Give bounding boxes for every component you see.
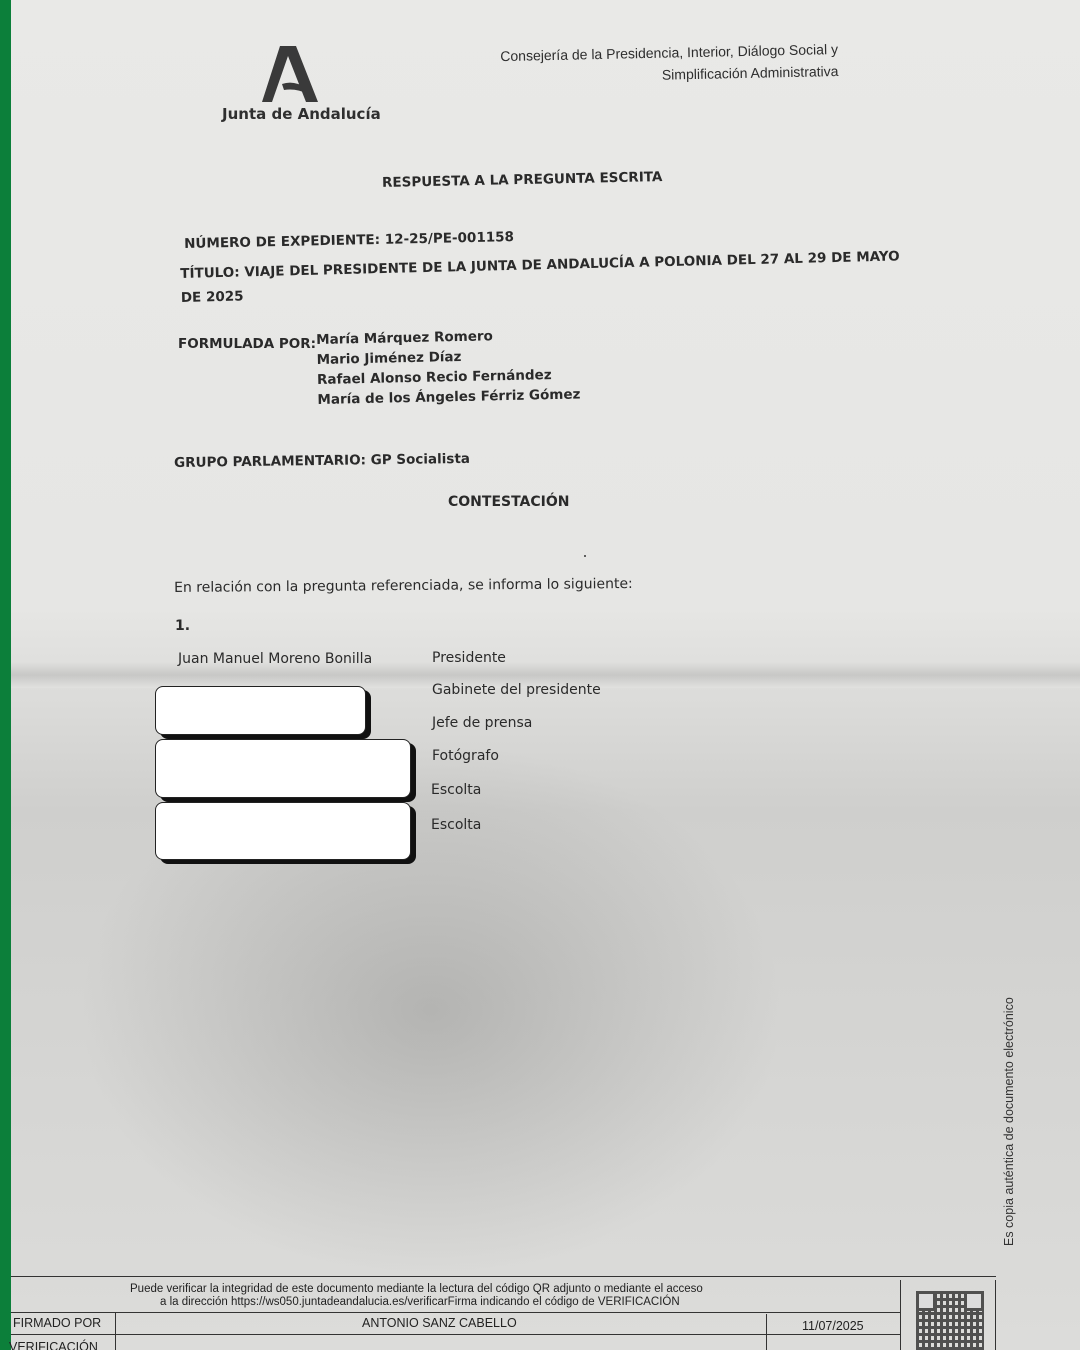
- qr-finder-icon: [916, 1291, 936, 1311]
- firmado-name: ANTONIO SANZ CABELLO: [362, 1316, 517, 1330]
- stray-mark: [584, 555, 586, 557]
- delegate-role: Fotógrafo: [432, 748, 499, 764]
- redaction-box: [155, 802, 411, 860]
- footer-divider: [11, 1312, 901, 1313]
- firmado-date: 11/07/2025: [802, 1319, 864, 1333]
- logo-text: Junta de Andalucía: [222, 105, 381, 123]
- redaction-box: [155, 686, 366, 735]
- item-number: 1.: [175, 618, 190, 634]
- firmado-label: FIRMADO POR: [13, 1316, 101, 1330]
- qr-finder-icon: [964, 1291, 984, 1311]
- delegate-role: Presidente: [432, 650, 506, 666]
- formulada-label: FORMULADA POR:: [178, 336, 316, 352]
- department-name: Consejería de la Presidencia, Interior, …: [500, 38, 839, 89]
- verify-text-line-1: Puede verificar la integridad de este do…: [130, 1283, 703, 1295]
- document-page: [11, 0, 1080, 1350]
- authentic-copy-note: Es copia auténtica de documento electrón…: [1002, 997, 1016, 1246]
- redaction-box: [155, 739, 411, 798]
- delegate-role: Gabinete del presidente: [432, 682, 601, 698]
- delegate-role: Escolta: [431, 782, 481, 798]
- formulada-names: María Márquez Romero Mario Jiménez Díaz …: [316, 324, 581, 409]
- delegate-role: Escolta: [431, 817, 481, 833]
- delegate-name: Juan Manuel Moreno Bonilla: [178, 651, 372, 667]
- verify-text-line-2: a la dirección https://ws050.juntadeanda…: [160, 1296, 680, 1308]
- green-border: [0, 0, 11, 1350]
- junta-andalucia-logo-icon: [258, 44, 324, 104]
- delegate-role: Jefe de prensa: [432, 715, 532, 731]
- footer-divider: [11, 1334, 901, 1335]
- footer-border-top: [11, 1276, 996, 1277]
- qr-code-icon[interactable]: [916, 1291, 984, 1350]
- contestacion-heading: CONTESTACIÓN: [448, 494, 570, 510]
- footer-divider: [766, 1314, 767, 1350]
- footer-divider: [115, 1312, 116, 1350]
- verificacion-label: VERIFICACIÓN: [9, 1340, 98, 1350]
- footer-divider: [995, 1280, 996, 1350]
- footer-divider: [900, 1280, 901, 1350]
